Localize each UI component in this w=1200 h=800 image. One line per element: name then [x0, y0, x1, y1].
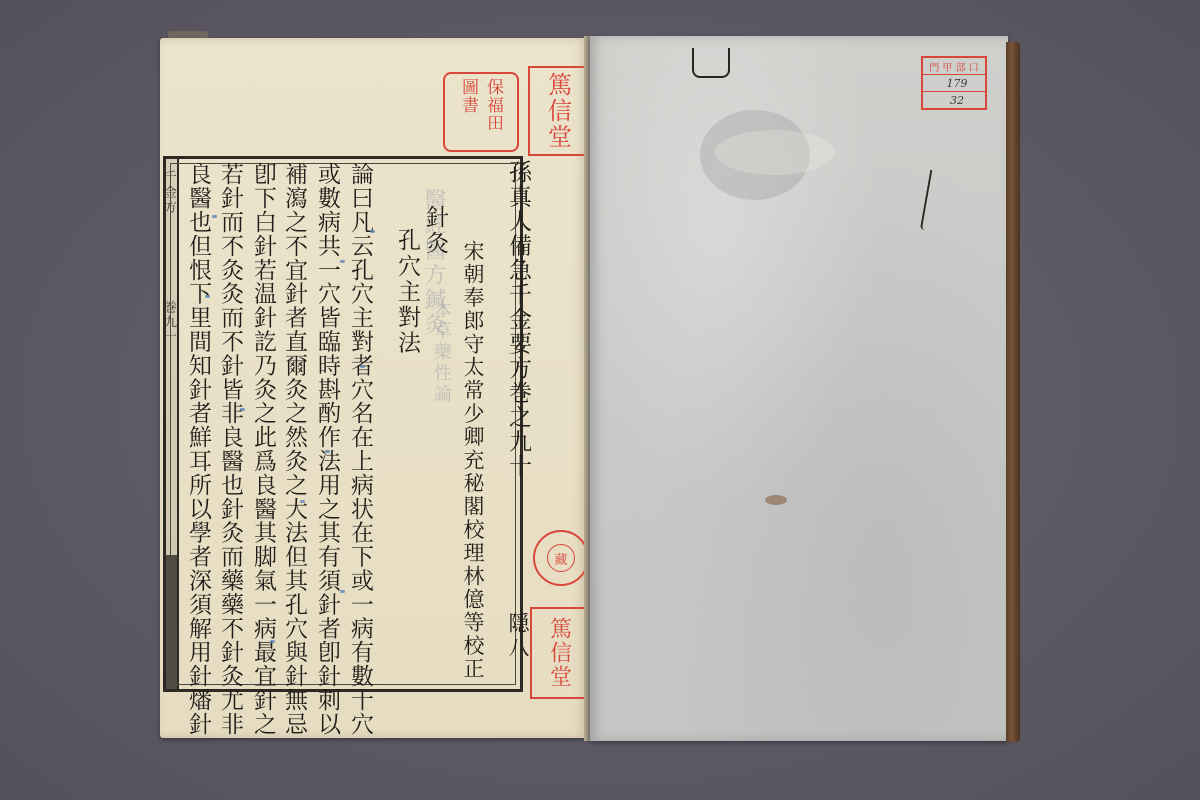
- wormhole-top: [692, 48, 730, 78]
- punctuation-mark: [270, 640, 275, 643]
- section-subheading: 孔穴主對法: [392, 228, 422, 356]
- punctuation-mark: [240, 408, 245, 411]
- collector-seal-square: 保福田圖書: [443, 72, 519, 152]
- body-column-2: 或數病共一穴皆臨時斟酌作法用之其有須針者卽針刺以: [312, 162, 342, 736]
- collector-seal-bottom: 篤信堂: [530, 607, 588, 699]
- punctuation-mark: [370, 230, 375, 233]
- catalog-number-1: 179: [947, 77, 968, 90]
- collector-seal-round: 藏: [533, 530, 589, 586]
- paper-repair: [715, 130, 835, 175]
- punctuation-mark: [340, 260, 345, 263]
- body-column-6: 良醫也但恨下里間知針者鮮耳所以學者深須解用針燔針: [183, 162, 213, 736]
- section-mark: 隠八: [503, 612, 533, 660]
- foxing-spot: [765, 495, 787, 505]
- punctuation-mark: [300, 500, 305, 503]
- punctuation-mark: [325, 450, 330, 453]
- bleed-through-text: 本草藥性論: [428, 300, 454, 405]
- library-catalog-label: 門 甲 部 口 179 32: [921, 56, 987, 110]
- book-title: 孫真人備急千金要方巻之九十: [503, 160, 533, 479]
- cover-edge: [1006, 42, 1020, 742]
- catalog-number-2: 32: [950, 94, 964, 107]
- catalog-header: 門 甲 部 口: [923, 58, 985, 75]
- body-column-3: 補瀉之不宜針者直爾灸之然灸之大法但其孔穴與針無忌: [279, 162, 309, 736]
- punctuation-mark: [340, 590, 345, 593]
- body-column-5: 若針而不灸灸而不針皆非良醫也針灸而藥藥不針灸尤非: [215, 162, 245, 736]
- punctuation-mark: [205, 295, 210, 298]
- body-column-1: 論曰凡云孔穴主對者穴名在上病状在下或一病有數十穴: [345, 162, 375, 736]
- body-column-4: 卽下白針若温針訖乃灸之此爲良醫其脚氣一病最宜針之: [248, 162, 278, 736]
- round-seal-center: 藏: [547, 544, 575, 572]
- seal-text: 保福田圖書: [456, 78, 506, 146]
- collector-seal-top: 篤信堂: [528, 66, 588, 156]
- punctuation-mark: [212, 215, 217, 218]
- editor-credit: 宋朝奉郎守太常少卿充秘閣校理林億等校正: [458, 240, 488, 681]
- chapter-title: 針灸: [420, 205, 450, 256]
- punctuation-mark: [360, 365, 365, 368]
